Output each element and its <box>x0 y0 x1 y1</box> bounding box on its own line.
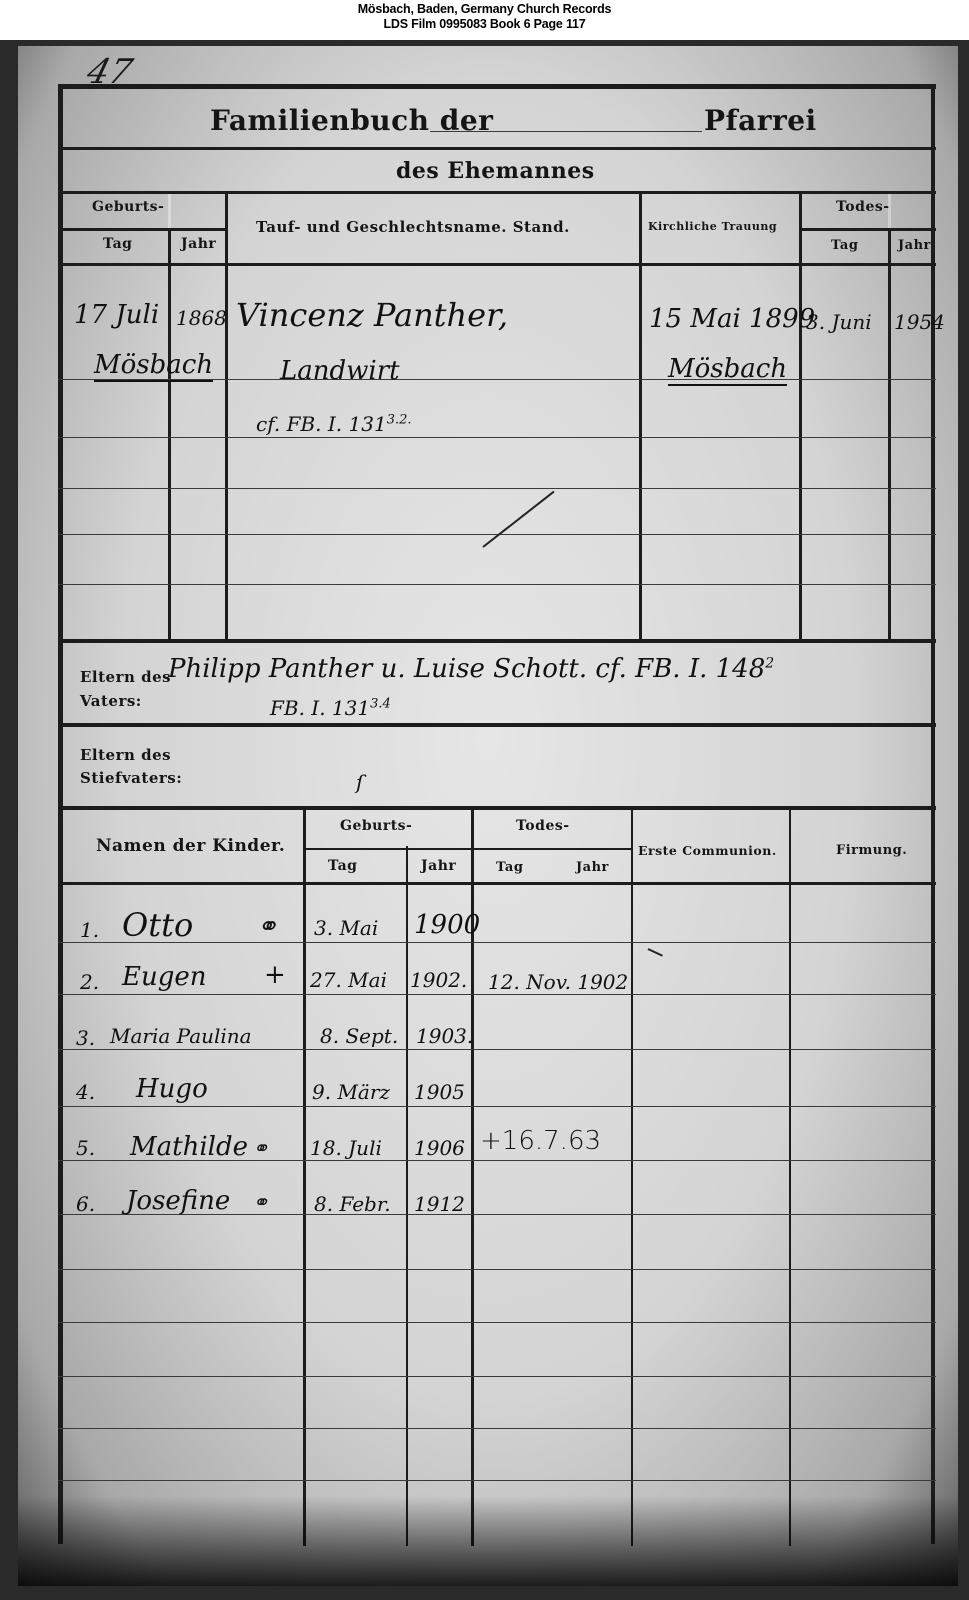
child-birth-year: 1903. <box>416 1024 473 1048</box>
father-parents-label-1: Eltern des <box>80 668 171 686</box>
father-parents-line-1: Philipp Panther u. Luise Schott. cf. FB.… <box>168 654 774 684</box>
child-death: 12. Nov. 1902 <box>488 970 628 994</box>
husband-reference-text: cf. FB. I. 131 <box>256 412 387 436</box>
frame-right <box>931 84 935 1544</box>
husband-name-header: Tauf- und Geschlechtsname. Stand. <box>256 218 570 236</box>
child-death: +16.7.63 <box>480 1126 601 1156</box>
ruling <box>58 994 936 995</box>
pen-stroke <box>482 491 554 548</box>
ruling <box>58 1480 936 1481</box>
rule <box>58 806 936 810</box>
child-birth-day: 18. Juli <box>310 1136 382 1160</box>
husband-occupation: Landwirt <box>280 356 400 386</box>
col-divider <box>888 228 891 641</box>
scanned-register-page: 47 Familienbuch der Pfarrei des Ehemanne… <box>0 40 969 1600</box>
rule <box>58 263 936 266</box>
record-caption: Mösbach, Baden, Germany Church Records L… <box>0 2 969 32</box>
children-death-header: Todes- <box>516 818 570 834</box>
mask <box>168 194 171 228</box>
children-birth-header: Geburts- <box>340 818 412 834</box>
married-symbol-icon: ⚭ <box>252 1136 269 1160</box>
form-title-right: Pfarrei <box>704 104 817 137</box>
col-divider <box>799 191 802 641</box>
husband-marriage-header: Kirchliche Trauung <box>648 220 777 233</box>
child-number: 1. <box>80 918 99 942</box>
pen-mark <box>648 948 663 957</box>
child-name: Josefine <box>126 1186 230 1216</box>
husband-death-day-header: Tag <box>831 238 858 253</box>
child-birth-year: 1912 <box>414 1192 465 1216</box>
col-divider <box>303 806 306 1546</box>
husband-birth-place: Mösbach <box>94 350 213 382</box>
child-birth-day: 9. März <box>312 1080 390 1104</box>
col-divider <box>631 806 633 1546</box>
husband-death-day: 3. Juni <box>806 310 872 334</box>
father-parents-label-2: Vaters: <box>80 692 142 710</box>
col-divider <box>406 846 408 1546</box>
husband-birth-header: Geburts- <box>92 199 164 215</box>
rule <box>58 228 228 231</box>
caption-line-2: LDS Film 0995083 Book 6 Page 117 <box>0 17 969 32</box>
child-number: 4. <box>76 1080 95 1104</box>
ruling <box>58 488 936 489</box>
child-number: 2. <box>80 970 99 994</box>
child-birth-day: 8. Febr. <box>314 1192 391 1216</box>
form-subtitle: des Ehemannes <box>396 158 595 184</box>
ruling <box>58 1049 936 1050</box>
form-title-left: Familienbuch der <box>210 104 493 137</box>
caption-line-1: Mösbach, Baden, Germany Church Records <box>0 2 969 17</box>
ruling <box>58 437 936 438</box>
child-number: 3. <box>76 1026 95 1050</box>
child-birth-day: 8. Sept. <box>320 1024 398 1048</box>
ruling <box>58 1106 936 1107</box>
children-birth-year-header: Jahr <box>421 858 456 874</box>
col-divider <box>168 191 171 641</box>
ruling <box>58 1269 936 1270</box>
child-birth-year: 1900 <box>414 910 480 940</box>
col-divider <box>639 191 642 641</box>
stepfather-parents-label-2: Stiefvaters: <box>80 769 182 787</box>
child-birth-year: 1902. <box>410 968 467 992</box>
parish-blank-line <box>430 131 702 132</box>
child-name: Maria Paulina <box>110 1024 252 1048</box>
frame-left <box>58 84 63 1544</box>
rule <box>58 639 936 643</box>
husband-reference-sup: 3.2. <box>387 412 412 427</box>
children-death-year-header: Jahr <box>576 860 609 875</box>
stepfather-parents-mark: ſ <box>356 770 363 794</box>
husband-birth-day-header: Tag <box>103 236 132 252</box>
married-symbol-icon: ⚭ <box>252 1190 269 1214</box>
ruling <box>58 1376 936 1377</box>
father-parents-ref: FB. I. 131 <box>270 696 370 720</box>
stepfather-parents-label-1: Eltern des <box>80 746 171 764</box>
marriage-place: Mösbach <box>668 354 787 386</box>
child-birth-day: 3. Mai <box>314 916 378 940</box>
husband-birth-day: 17 Juli <box>74 300 159 330</box>
child-birth-day: 27. Mai <box>310 968 387 992</box>
father-parents-line-2: FB. I. 1313.4 <box>270 696 391 720</box>
rule <box>58 723 936 727</box>
rule <box>58 191 936 194</box>
frame-top <box>58 84 936 89</box>
rule <box>303 848 631 850</box>
husband-reference: cf. FB. I. 1313.2. <box>256 412 412 436</box>
children-names-header: Namen der Kinder. <box>96 836 285 856</box>
ruling <box>58 584 936 585</box>
ruling <box>58 1322 936 1323</box>
husband-death-header: Todes- <box>836 199 890 215</box>
father-parents-ref-sup: 3.4 <box>370 696 391 711</box>
rule <box>58 147 936 150</box>
child-name: Otto <box>122 906 193 944</box>
husband-name: Vincenz Panther, <box>236 296 508 334</box>
children-communion-header: Erste Communion. <box>638 843 777 858</box>
marriage-date: 15 Mai 1899 <box>649 304 815 334</box>
col-divider <box>789 806 791 1546</box>
child-name: Hugo <box>136 1074 208 1104</box>
husband-death-year-header: Jahr <box>898 238 931 253</box>
child-name: Eugen <box>122 962 207 992</box>
col-divider <box>225 191 228 641</box>
child-number: 5. <box>76 1136 95 1160</box>
child-number: 6. <box>76 1192 95 1216</box>
husband-birth-year-header: Jahr <box>181 236 216 252</box>
child-name: Mathilde <box>130 1132 248 1162</box>
death-cross-icon: + <box>264 960 286 990</box>
father-parents-sup: 2 <box>765 655 774 671</box>
children-birth-day-header: Tag <box>328 858 357 874</box>
married-symbol-icon: ⚭ <box>256 912 278 942</box>
children-confirmation-header: Firmung. <box>836 843 907 858</box>
ruling <box>58 1428 936 1429</box>
rule <box>58 882 936 885</box>
children-death-day-header: Tag <box>496 860 523 875</box>
husband-birth-year: 1868 <box>176 306 227 330</box>
husband-death-year: 1954 <box>894 310 945 334</box>
register-form: 47 Familienbuch der Pfarrei des Ehemanne… <box>18 46 958 1586</box>
father-parents-text: Philipp Panther u. Luise Schott. cf. FB.… <box>168 654 765 684</box>
rule <box>799 228 936 231</box>
child-birth-year: 1906 <box>414 1136 465 1160</box>
child-birth-year: 1905 <box>414 1080 465 1104</box>
